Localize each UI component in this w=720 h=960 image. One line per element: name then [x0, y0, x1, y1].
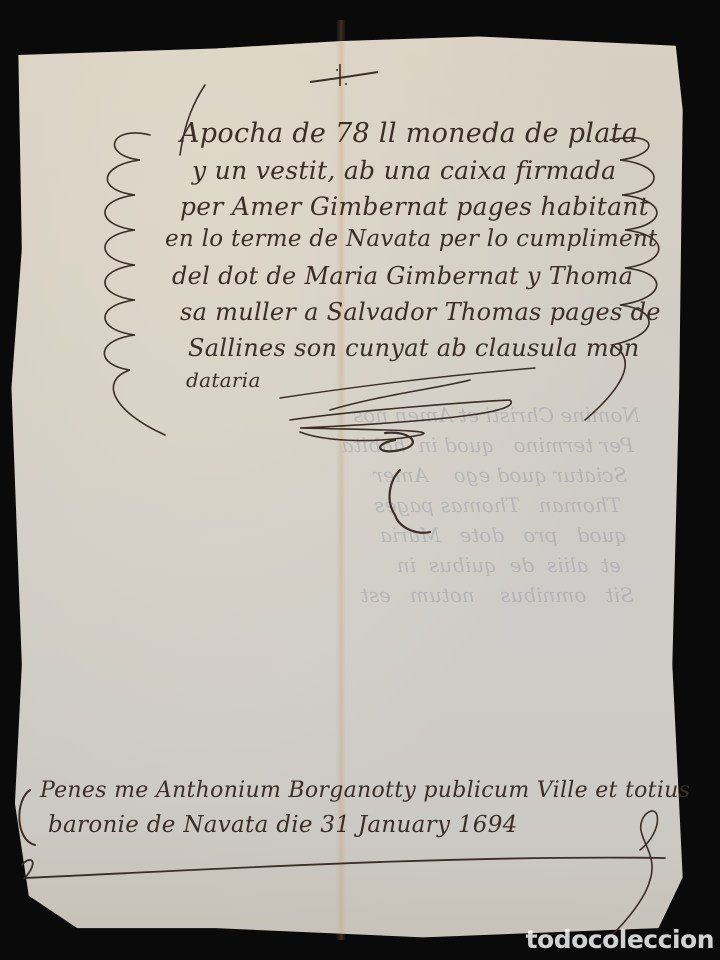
entry-line-6: sa muller a Salvador Thomas pages de [180, 298, 661, 326]
entry-line-7: Sallines son cunyat ab clausula mon [188, 334, 639, 362]
bleed-through-text: Nomine Christi et Amen nos Per termino q… [140, 400, 640, 760]
closing-line-1: Penes me Anthonium Borganotty publicum V… [40, 778, 690, 803]
entry-line-4: en lo terme de Navata per lo cumpliment [165, 226, 658, 252]
photo-stage: Nomine Christi et Amen nos Per termino q… [0, 0, 720, 960]
todocoleccion-watermark: todocoleccion [526, 925, 714, 954]
entry-line-3: per Amer Gimbernat pages habitant [180, 192, 649, 221]
entry-line-2: y un vestit, ab una caixa firmada [192, 156, 616, 185]
cross-header-icon [300, 58, 380, 90]
closing-line-2: baronie de Navata die 31 January 1694 [48, 812, 518, 838]
entry-line-1: Apocha de 78 ll moneda de plata [180, 118, 638, 149]
entry-line-5: del dot de Maria Gimbernat y Thoma [172, 262, 633, 290]
entry-line-8: dataria [186, 368, 261, 392]
